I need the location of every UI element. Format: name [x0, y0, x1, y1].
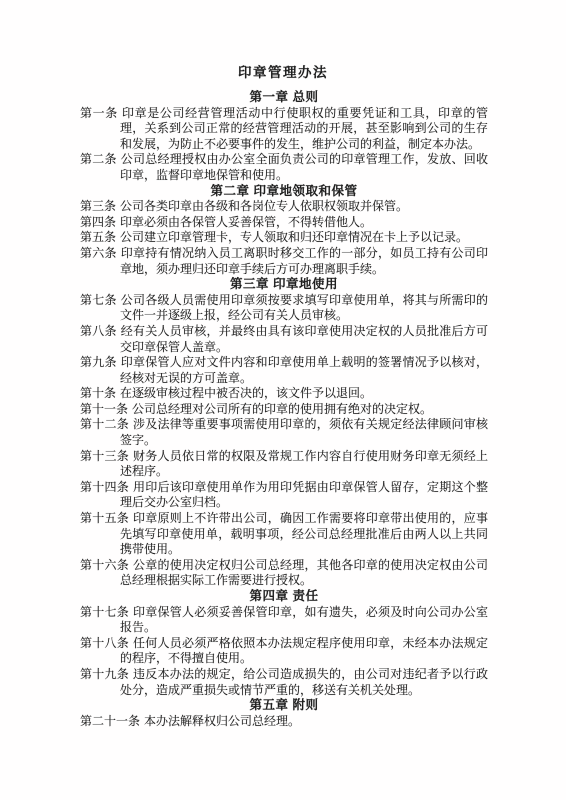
article: 第八条经有关人员审核，并最终由具有该印章使用决定权的人员批准后方可交印章保管人盖…: [80, 324, 488, 355]
article-number: 第四条: [80, 215, 120, 229]
article-text: 公司总经理对公司所有的印章的使用拥有绝对的决定权。: [132, 402, 432, 416]
article: 第二十一条本办法解释权归公司总经理。: [80, 714, 488, 730]
article-text: 印章是公司经营管理活动中行使职权的重要凭证和工具，印章的管理，关系到公司正常的经…: [120, 106, 488, 151]
chapter-heading: 第二章 印章地领取和保管: [80, 184, 488, 200]
article-text: 公司各类印章由各级和各岗位专人依职权领取并保管。: [120, 199, 408, 213]
article: 第六条印章持有情况纳入员工离职时移交工作的一部分，如员工持有公司印章地，须办理归…: [80, 246, 488, 277]
article: 第五条公司建立印章管理卡，专人领取和归还印章情况在卡上予以记录。: [80, 230, 488, 246]
article-text: 违反本办法的规定，给公司造成损失的，由公司对违纪者予以行政处分，造成严重损失或情…: [120, 667, 488, 697]
article: 第十一条公司总经理对公司所有的印章的使用拥有绝对的决定权。: [80, 402, 488, 418]
document-body: 第一章 总则第一条印章是公司经营管理活动中行使职权的重要凭证和工具，印章的管理，…: [80, 90, 488, 729]
article: 第十五条印章原则上不许带出公司，确因工作需要将印章带出使用的，应事先填写印章使用…: [80, 511, 488, 558]
chapter-heading: 第一章 总则: [80, 90, 488, 106]
article-number: 第十五条: [80, 511, 133, 525]
article-number: 第五条: [80, 230, 120, 244]
article-text: 在逐级审核过程中被否决的，该文件予以退回。: [120, 386, 372, 400]
article-number: 第十四条: [80, 480, 133, 494]
article-number: 第三条: [80, 199, 120, 213]
article-number: 第十一条: [80, 402, 132, 416]
article-text: 公司建立印章管理卡，专人领取和归还印章情况在卡上予以记录。: [120, 230, 468, 244]
article-text: 印章原则上不许带出公司，确因工作需要将印章带出使用的，应事先填写印章使用单，载明…: [120, 511, 488, 556]
article-number: 第八条: [80, 324, 121, 338]
chapter-heading: 第四章 责任: [80, 589, 488, 605]
article: 第十八条任何人员必须严格依照本办法规定程序使用印章，未经本办法规定的程序，不得擅…: [80, 636, 488, 667]
article: 第一条印章是公司经营管理活动中行使职权的重要凭证和工具，印章的管理，关系到公司正…: [80, 106, 488, 153]
article-number: 第十九条: [80, 667, 133, 681]
article-text: 公章的使用决定权归公司总经理，其他各印章的使用决定权由公司总经理根据实际工作需要…: [120, 558, 488, 588]
article: 第七条公司各级人员需使用印章须按要求填写印章使用单，将其与所需印的文件一并逐级上…: [80, 293, 488, 324]
article-text: 印章必须由各保管人妥善保管，不得转借他人。: [120, 215, 372, 229]
article-number: 第二十一条: [80, 714, 144, 728]
article-text: 本办法解释权归公司总经理。: [144, 714, 300, 728]
article-number: 第十条: [80, 386, 120, 400]
article: 第九条印章保管人应对文件内容和印章使用单上载明的签署情况予以核对，经核对无误的方…: [80, 355, 488, 386]
document-page: 印章管理办法 第一章 总则第一条印章是公司经营管理活动中行使职权的重要凭证和工具…: [0, 0, 566, 800]
article-text: 印章保管人应对文件内容和印章使用单上载明的签署情况予以核对，经核对无误的方可盖章…: [120, 355, 488, 385]
article: 第四条印章必须由各保管人妥善保管，不得转借他人。: [80, 215, 488, 231]
article-text: 任何人员必须严格依照本办法规定程序使用印章，未经本办法规定的程序，不得擅自使用。: [120, 636, 488, 666]
article: 第十二条涉及法律等重要事项需使用印章的，须依有关规定经法律顾问审核签字。: [80, 417, 488, 448]
article-number: 第六条: [80, 246, 121, 260]
article: 第十七条印章保管人必须妥善保管印章，如有遗失，必须及时向公司办公室报告。: [80, 605, 488, 636]
article-text: 印章持有情况纳入员工离职时移交工作的一部分，如员工持有公司印章地，须办理归还印章…: [120, 246, 488, 276]
article-text: 用印后该印章使用单作为用印凭据由印章保管人留存，定期这个整理后交办公室归档。: [120, 480, 488, 510]
article: 第十条在逐级审核过程中被否决的，该文件予以退回。: [80, 386, 488, 402]
article: 第十四条用印后该印章使用单作为用印凭据由印章保管人留存，定期这个整理后交办公室归…: [80, 480, 488, 511]
article: 第十六条公章的使用决定权归公司总经理，其他各印章的使用决定权由公司总经理根据实际…: [80, 558, 488, 589]
article-text: 经有关人员审核，并最终由具有该印章使用决定权的人员批准后方可交印章保管人盖章。: [120, 324, 488, 354]
article-number: 第十八条: [80, 636, 133, 650]
article: 第十九条违反本办法的规定，给公司造成损失的，由公司对违纪者予以行政处分，造成严重…: [80, 667, 488, 698]
chapter-heading: 第五章 附则: [80, 698, 488, 714]
article-number: 第十二条: [80, 417, 133, 431]
article-number: 第十三条: [80, 449, 133, 463]
article: 第十三条财务人员依日常的权限及常规工作内容自行使用财务印章无须经上述程序。: [80, 449, 488, 480]
article-text: 公司总经理授权由办公室全面负责公司的印章管理工作，发放、回收印章，监督印章地保管…: [120, 152, 488, 182]
article-text: 财务人员依日常的权限及常规工作内容自行使用财务印章无须经上述程序。: [120, 449, 488, 479]
article-text: 印章保管人必须妥善保管印章，如有遗失，必须及时向公司办公室报告。: [120, 605, 488, 635]
article-number: 第二条: [80, 152, 121, 166]
chapter-heading: 第三章 印章地使用: [80, 277, 488, 293]
article: 第二条公司总经理授权由办公室全面负责公司的印章管理工作，发放、回收印章，监督印章…: [80, 152, 488, 183]
document-title: 印章管理办法: [0, 0, 566, 90]
article-number: 第十七条: [80, 605, 133, 619]
article-number: 第七条: [80, 293, 121, 307]
article-number: 第一条: [80, 106, 122, 120]
article: 第三条公司各类印章由各级和各岗位专人依职权领取并保管。: [80, 199, 488, 215]
article-number: 第九条: [80, 355, 121, 369]
article-text: 涉及法律等重要事项需使用印章的，须依有关规定经法律顾问审核签字。: [120, 417, 488, 447]
article-number: 第十六条: [80, 558, 133, 572]
article-text: 公司各级人员需使用印章须按要求填写印章使用单，将其与所需印的文件一并逐级上报，经…: [120, 293, 488, 323]
